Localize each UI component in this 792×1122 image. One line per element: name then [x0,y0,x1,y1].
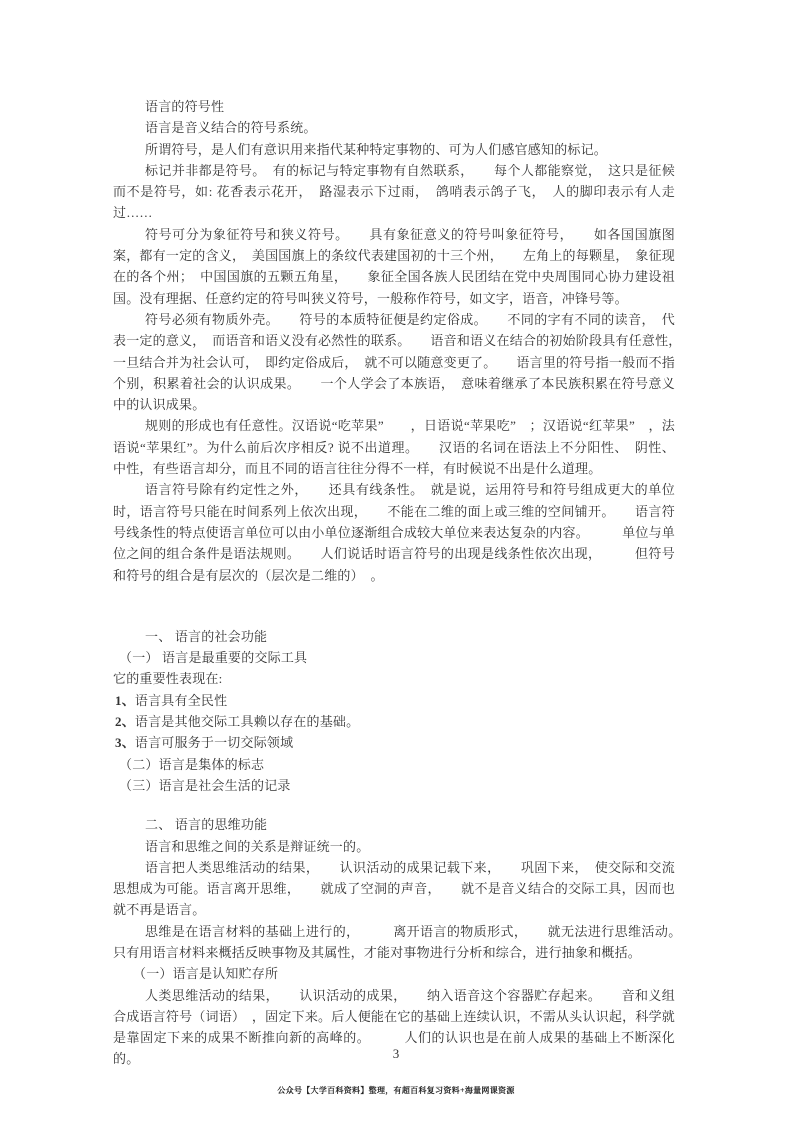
list-number: 1、 [115,693,135,708]
list-item: 2、语言是其他交际工具赖以存在的基础。 [113,711,675,732]
paragraph: （二）语言是集体的标志 [113,754,675,775]
section-heading: 二、 语言的思维功能 [113,814,675,835]
spacer [113,586,675,626]
list-number: 2、 [115,714,135,729]
paragraph: 所谓符号，是人们有意识用来指代某种特定事物的、可为人们感官感知的标记。 [113,139,675,160]
document-page: 语言的符号性语言是音义结合的符号系统。所谓符号，是人们有意识用来指代某种特定事物… [0,0,792,1122]
paragraph: 标记并非都是符号。 有的标记与特定事物有自然联系， 每个人都能察觉， 这只是征候… [113,160,675,224]
paragraph: 语言和思维之间的关系是辩证统一的。 [113,836,675,857]
paragraph: 语言的符号性 [113,96,675,117]
paragraph: 思维是在语言材料的基础上进行的， 离开语言的物质形式， 就无法进行思维活动。 只… [113,921,675,964]
paragraph: 语言是音义结合的符号系统。 [113,117,675,138]
section-heading: 一、 语言的社会功能 [113,626,675,647]
paragraph: （一） 语言是最重要的交际工具 [113,647,675,668]
paragraph: 符号必须有物质外壳。 符号的本质特征便是约定俗成。 不同的字有不同的读音， 代表… [113,309,675,415]
page-number: 3 [0,1046,792,1062]
list-item: 1、语言具有全民性 [113,690,675,711]
spacer [113,796,675,814]
paragraph: （一）语言是认知贮存所 [113,963,675,984]
paragraph: （三）语言是社会生活的记录 [113,775,675,796]
list-number: 3、 [115,735,135,750]
list-item: 3、语言可服务于一切交际领域 [113,732,675,753]
document-body: 语言的符号性语言是音义结合的符号系统。所谓符号，是人们有意识用来指代某种特定事物… [113,96,675,1070]
footer-note: 公众号【大学百科资料】整理，有超百科复习资料+海量网课资源 [0,1085,792,1096]
paragraph: 符号可分为象征符号和狭义符号。 具有象征意义的符号叫象征符号， 如各国国旗图案，… [113,224,675,309]
paragraph: 规则的形成也有任意性。汉语说“吃苹果” ，日语说“苹果吃” ；汉语说“红苹果” … [113,415,675,479]
paragraph: 语言符号除有约定性之外， 还具有线条性。 就是说，运用符号和符号组成更大的单位时… [113,479,675,585]
paragraph: 它的重要性表现在: [113,668,675,689]
paragraph: 语言把人类思维活动的结果， 认识活动的成果记载下来， 巩固下来， 使交际和交流思… [113,857,675,921]
